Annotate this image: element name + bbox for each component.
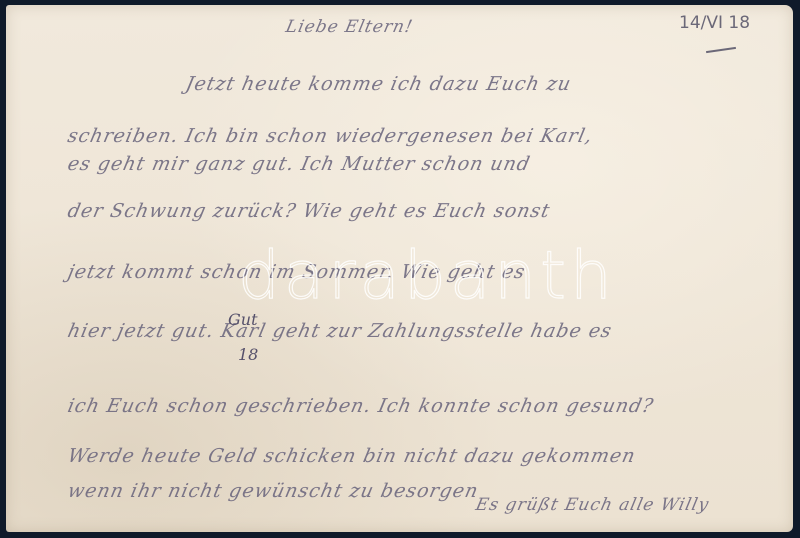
text-line: Werde heute Geld schicken bin nicht dazu…: [66, 445, 638, 467]
text-line: wenn ihr nicht gewünscht zu besorgen: [66, 480, 481, 502]
text-line: es geht mir ganz gut. Ich Mutter schon u…: [66, 153, 533, 175]
text-line: der Schwung zurück? Wie geht es Euch son…: [66, 200, 553, 222]
postcard: Liebe Eltern! 14/VI 18 Jetzt heute komme…: [6, 5, 793, 532]
watermark: darabanth: [238, 237, 616, 314]
salutation: Liebe Eltern!: [284, 17, 415, 37]
text-line: schreiben. Ich bin schon wiedergenesen b…: [66, 125, 595, 147]
text-line: ich Euch schon geschrieben. Ich konnte s…: [66, 395, 656, 417]
signature: Es grüßt Euch alle Willy: [474, 495, 711, 515]
date-underline: [706, 47, 736, 53]
text-line: hier jetzt gut. Karl geht zur Zahlungsst…: [66, 320, 615, 342]
date: 14/VI 18: [679, 13, 750, 33]
text-line: Jetzt heute komme ich dazu Euch zu: [184, 73, 574, 95]
margin-mark: 18: [238, 345, 258, 364]
